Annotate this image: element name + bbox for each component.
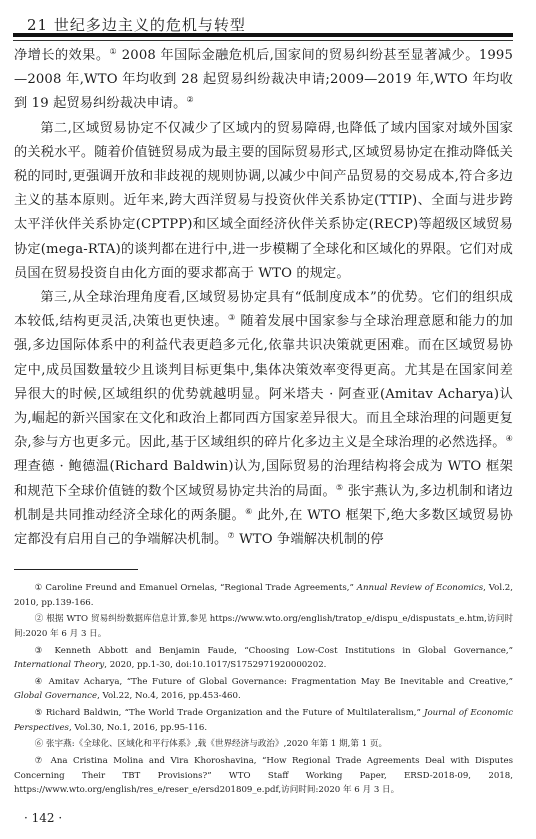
footnote-text: Amitav Acharya, “The Future of Global Go… <box>49 677 513 687</box>
footnote-reference[interactable]: ③ <box>228 313 236 322</box>
footnote-item: ② 根据 WTO 贸易纠纷数据库信息计算,参见 https://www.wto.… <box>14 612 513 641</box>
body-text-run: 净增长的效果。 <box>14 48 109 63</box>
header-rule-thin <box>13 40 513 41</box>
footnote-mark: ⑤ <box>35 708 46 718</box>
body-text: 净增长的效果。① 2008 年国际金融危机后,国家间的贸易纠纷甚至显著减少。19… <box>14 44 513 552</box>
footnote-text: Kenneth Abbott and Benjamin Faude, “Choo… <box>55 646 513 656</box>
body-paragraph: 第二,区域贸易协定不仅减少了区域内的贸易障碍,也降低了域内国家对域外国家的关税水… <box>14 117 513 286</box>
footnote-item: ③ Kenneth Abbott and Benjamin Faude, “Ch… <box>14 644 513 673</box>
footnote-reference[interactable]: ① <box>109 47 117 56</box>
page-number: · 142 · <box>24 811 62 825</box>
footnote-text: 张宇燕:《全球化、区域化和平行体系》,载《世界经济与政治》,2020 年第 1 … <box>46 739 387 749</box>
footnotes: ① Caroline Freund and Emanuel Ornelas, “… <box>14 581 513 800</box>
footnote-text: Caroline Freund and Emanuel Ornelas, “Re… <box>45 583 356 593</box>
footnote-text: 根据 WTO 贸易纠纷数据库信息计算,参见 https://www.wto.or… <box>14 614 513 639</box>
body-text-run: 第二,区域贸易协定不仅减少了区域内的贸易障碍,也降低了域内国家对域外国家的关税水… <box>14 121 513 281</box>
footnote-mark: ④ <box>35 677 49 687</box>
header-rule-thick <box>13 33 513 37</box>
footnote-journal-title: International Theory <box>14 660 104 670</box>
footnote-reference[interactable]: ⑥ <box>245 507 253 516</box>
footnote-item: ⑤ Richard Baldwin, “The World Trade Orga… <box>14 706 513 735</box>
footnote-item: ⑥ 张宇燕:《全球化、区域化和平行体系》,载《世界经济与政治》,2020 年第 … <box>14 737 513 752</box>
body-paragraph: 第三,从全球治理角度看,区域贸易协定具有“低制度成本”的优势。它们的组织成本较低… <box>14 286 513 552</box>
body-text-run: 随着发展中国家参与全球治理意愿和能力的加强,多边国际体系中的利益代表更趋多元化,… <box>14 314 513 450</box>
body-text-run: WTO 争端解决机制的停 <box>235 532 384 547</box>
footnote-mark: ⑦ <box>35 756 51 766</box>
running-head-title: 21 世纪多边主义的危机与转型 <box>27 14 246 35</box>
footnote-divider <box>14 569 138 570</box>
body-paragraph: 净增长的效果。① 2008 年国际金融危机后,国家间的贸易纠纷甚至显著减少。19… <box>14 44 513 117</box>
footnote-reference[interactable]: ⑦ <box>227 531 234 540</box>
footnote-item: ① Caroline Freund and Emanuel Ornelas, “… <box>14 581 513 610</box>
footnote-mark: ① <box>35 583 46 593</box>
footnote-mark: ③ <box>35 646 55 656</box>
footnote-journal-title: Annual Review of Economics <box>357 583 483 593</box>
footnote-journal-title: Global Governance <box>14 691 97 701</box>
footnote-text: , Vol.22, No.4, 2016, pp.453-460. <box>97 691 241 701</box>
footnote-reference[interactable]: ② <box>186 95 193 104</box>
footnote-mark: ② <box>35 614 47 624</box>
footnote-text: , 2020, pp.1-30, doi:10.1017/S1752971920… <box>104 660 326 670</box>
footnote-text: Richard Baldwin, “The World Trade Organi… <box>46 708 424 718</box>
footnote-text: , Vol.30, No.1, 2016, pp.95-116. <box>69 723 207 733</box>
footnote-mark: ⑥ <box>35 739 46 749</box>
footnote-text: Ana Cristina Molina and Vira Khoroshavin… <box>14 756 513 795</box>
footnote-reference[interactable]: ④ <box>506 434 513 443</box>
footnote-item: ⑦ Ana Cristina Molina and Vira Khoroshav… <box>14 754 513 798</box>
footnote-item: ④ Amitav Acharya, “The Future of Global … <box>14 675 513 704</box>
